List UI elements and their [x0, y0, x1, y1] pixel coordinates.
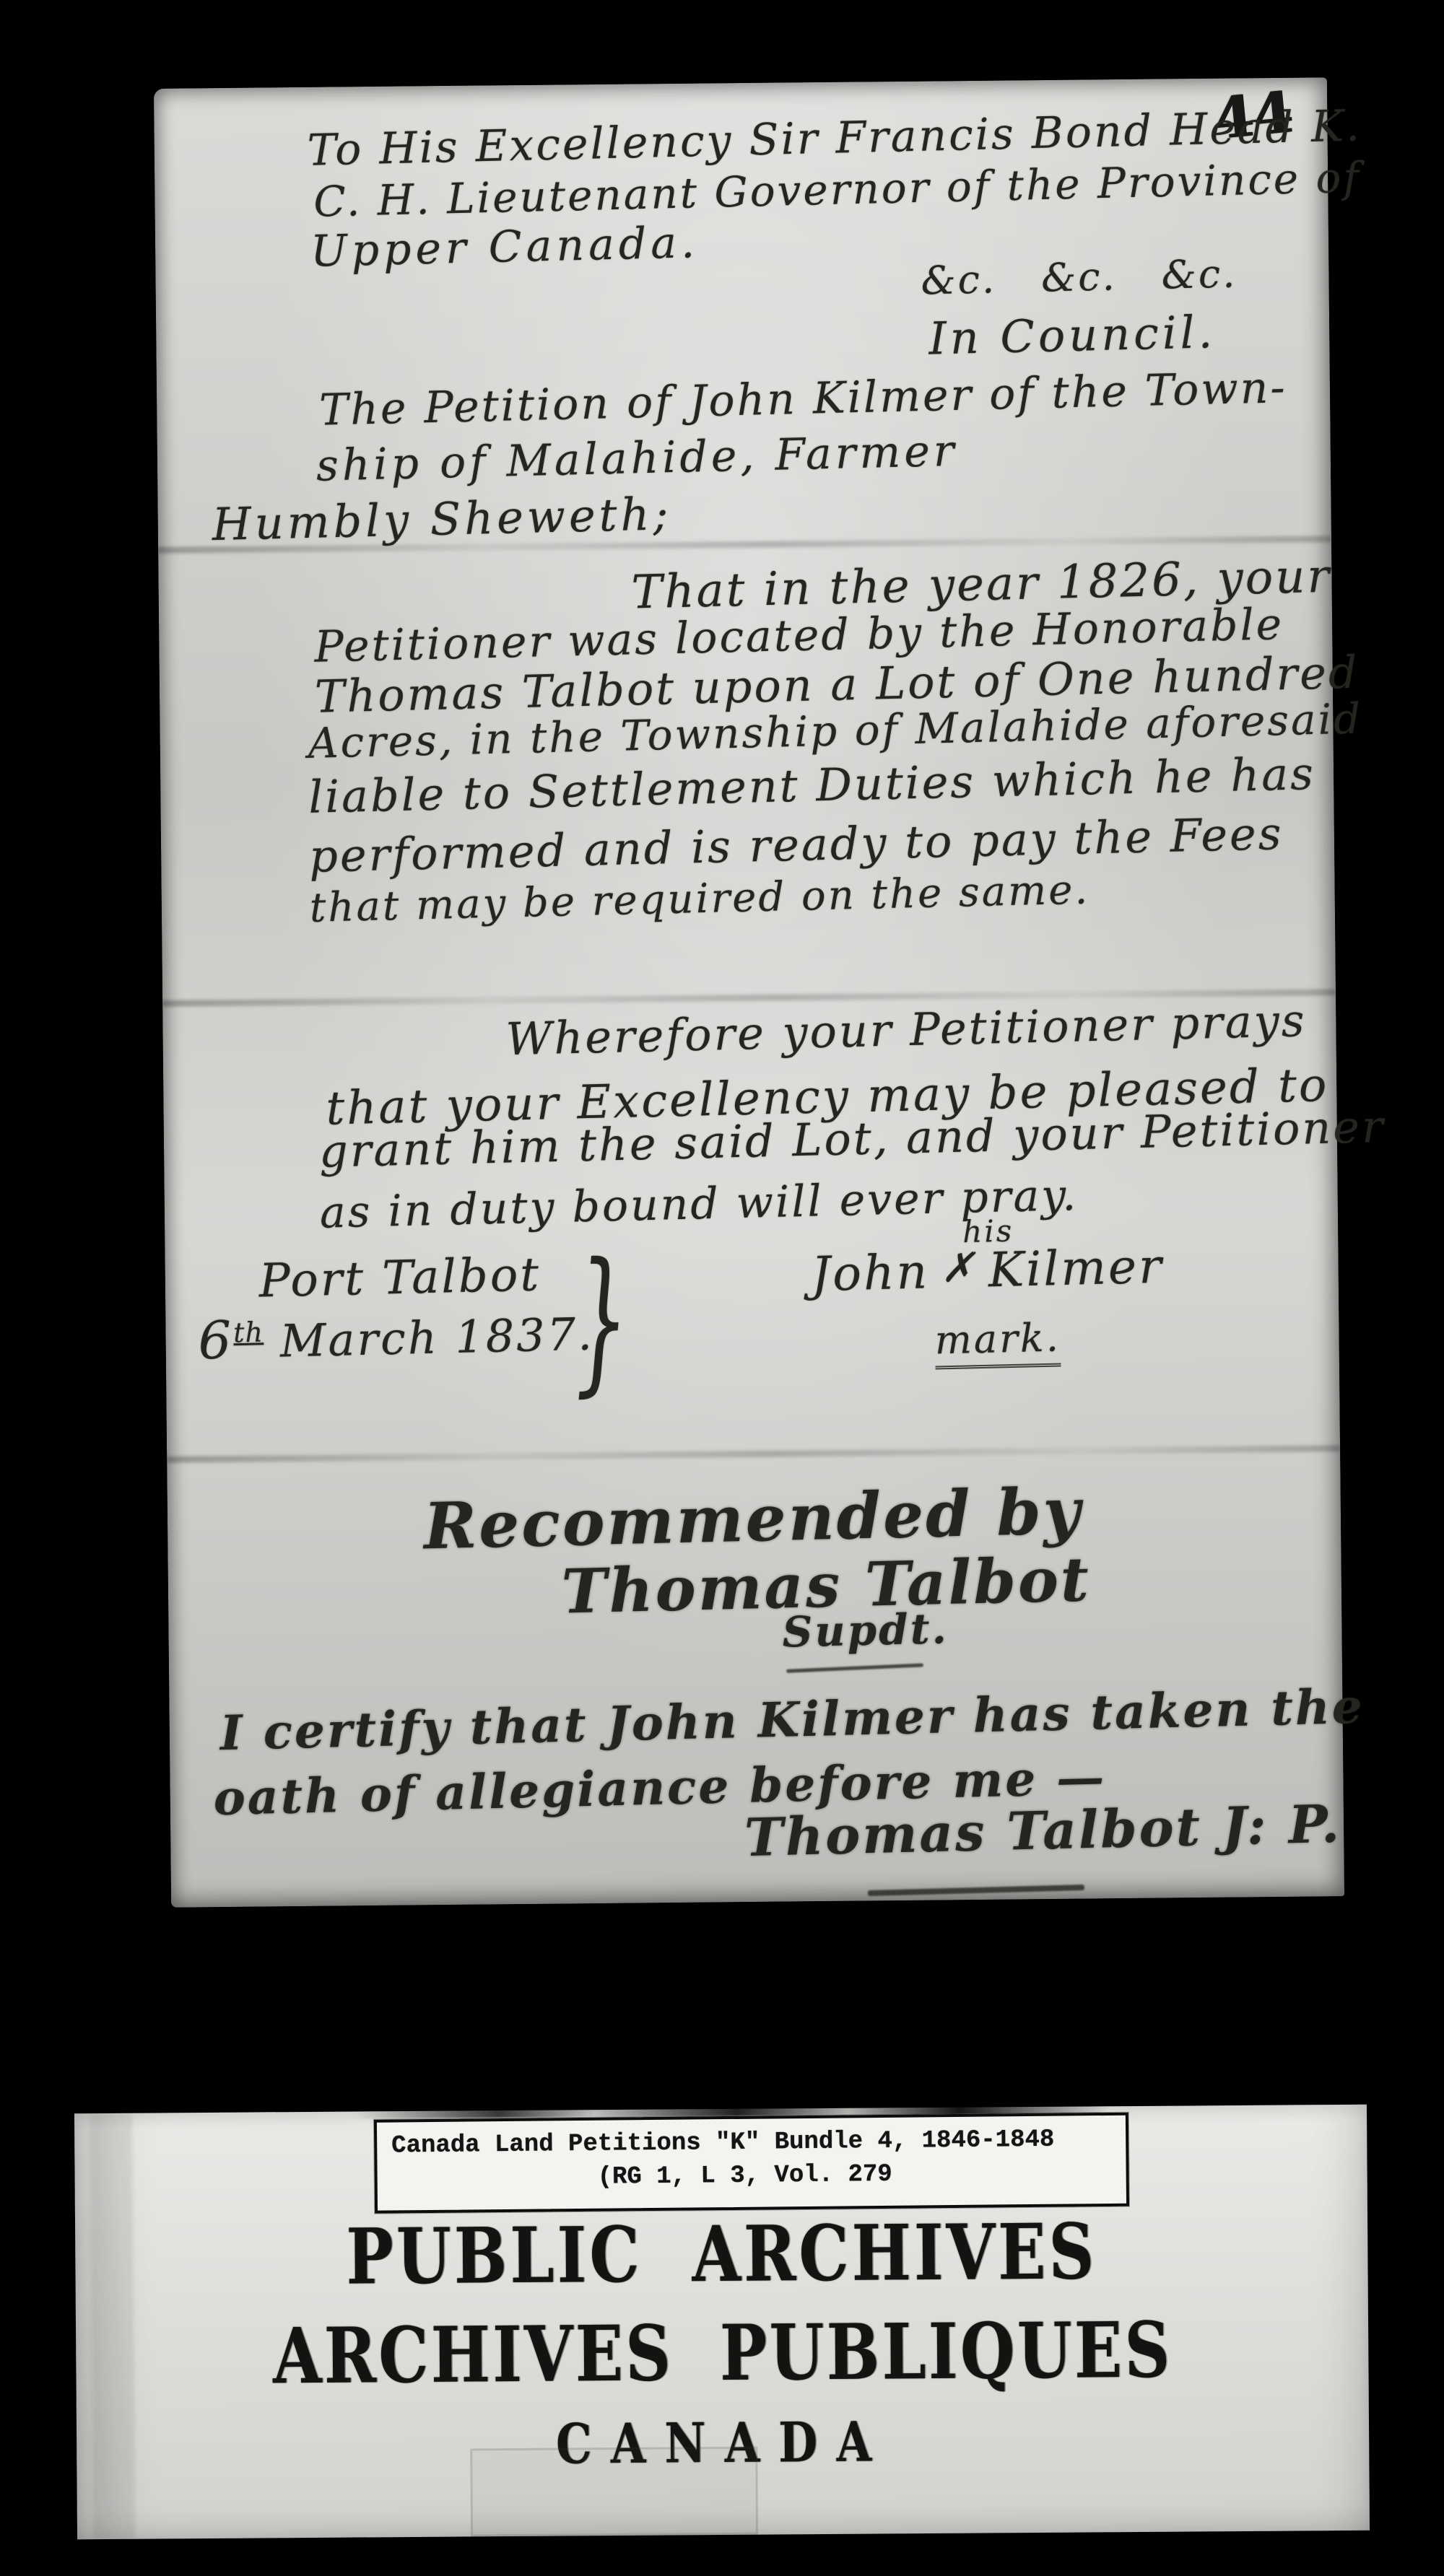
manuscript-line: Wherefore your Petitioner prays — [505, 994, 1308, 1065]
dateline-date: 6th March 1837. — [198, 1301, 595, 1371]
archives-card: Canada Land Petitions "K" Bundle 4, 1846… — [74, 2105, 1370, 2539]
manuscript-line: Humbly Sheweth; — [212, 487, 672, 551]
manuscript-line: &c. &c. &c. — [921, 250, 1238, 303]
manuscript-line: ship of Malahide, Farmer — [316, 426, 958, 492]
dateline-month-year: March 1837. — [279, 1307, 595, 1367]
signature-mark-word: mark. — [934, 1314, 1061, 1363]
manuscript-line: Upper Canada. — [310, 217, 699, 277]
stamp-archives-publiques: ARCHIVES PUBLIQUES — [272, 2312, 1172, 2395]
petitioner-signature: John ✗ Kilmer — [811, 1239, 1165, 1302]
certification-line: I certify that John Kilmer has taken the — [219, 1678, 1365, 1761]
reference-label-line: Canada Land Petitions "K" Bundle 4, 1846… — [391, 2126, 1054, 2160]
dateline-ordinal: th — [233, 1317, 264, 1349]
dateline-day: 6 — [198, 1309, 235, 1371]
manuscript-line: In Council. — [928, 305, 1216, 364]
signature-first-name: John — [811, 1244, 930, 1302]
recommendation-title: Supdt. — [782, 1604, 949, 1656]
reference-label-line: (RG 1, L 3, Vol. 279 — [597, 2161, 892, 2191]
dateline-place: Port Talbot — [258, 1248, 541, 1308]
paper-crease — [167, 1445, 1340, 1463]
certification-signature: Thomas Talbot J: P. — [744, 1793, 1342, 1868]
card-bottom-tab — [470, 2447, 758, 2537]
manuscript-line: The Petition of John Kilmer of the Town- — [318, 362, 1287, 436]
archival-scan: 44 To His Excellency Sir Francis Bond He… — [0, 0, 1444, 2576]
reference-label: Canada Land Petitions "K" Bundle 4, 1846… — [374, 2113, 1129, 2214]
stamp-public-archives: PUBLIC ARCHIVES — [346, 2213, 1097, 2295]
pen-flourish — [868, 1885, 1084, 1896]
pen-flourish — [786, 1663, 923, 1672]
brace-mark: } — [573, 1241, 630, 1398]
mark-word-underlined: mark. — [934, 1314, 1061, 1369]
signature-last-name: Kilmer — [988, 1239, 1164, 1298]
signature-x-mark: ✗ — [940, 1244, 977, 1292]
petition-page: 44 To His Excellency Sir Francis Bond He… — [154, 77, 1344, 1907]
